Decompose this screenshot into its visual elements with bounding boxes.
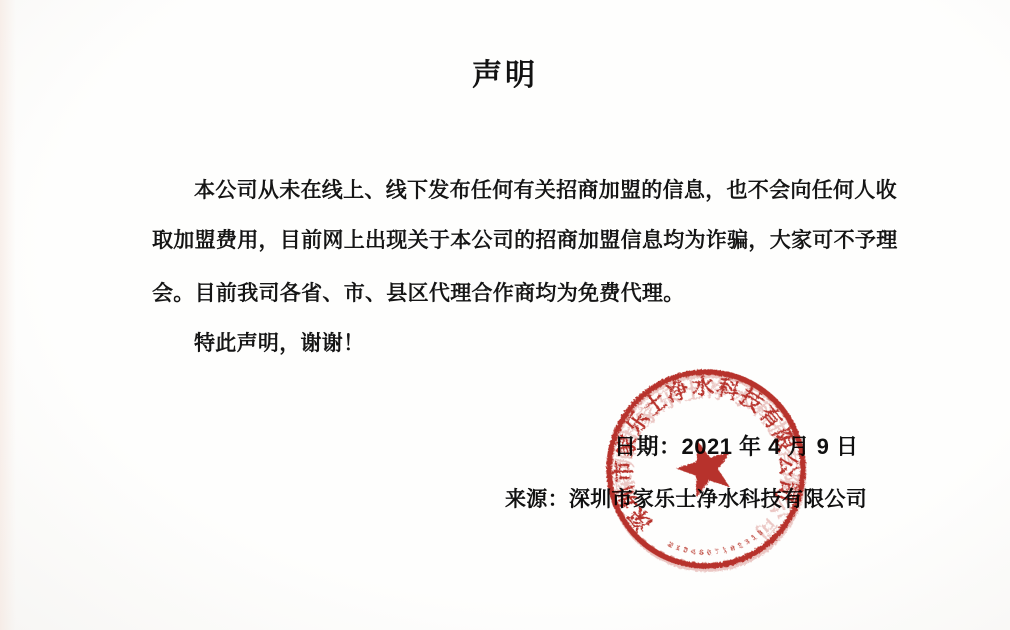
statement-document: 声明 本公司从未在线上、线下发布任何有关招商加盟的信息，也不会向任何人收 取加盟… xyxy=(0,0,1010,630)
source-line: 来源：深圳市家乐士净水科技有限公司 xyxy=(505,483,867,513)
date-line: 日期：2021 年 4 月 9 日 xyxy=(614,430,858,461)
body-line-4: 特此声明，谢谢！ xyxy=(194,327,364,357)
seal-serial-number: 2104607182318 xyxy=(666,521,771,565)
document-title: 声明 xyxy=(0,50,1010,94)
company-seal: 深圳市家乐士净水科技有限公司 深圳市家乐士净水科技有限公司 2104607182… xyxy=(591,354,821,584)
body-line-1: 本公司从未在线上、线下发布任何有关招商加盟的信息，也不会向任何人收 xyxy=(194,174,897,204)
body-line-2: 取加盟费用，目前网上出现关于本公司的招商加盟信息均为诈骗，大家可不予理 xyxy=(152,224,898,254)
seal-border-inner xyxy=(596,359,816,579)
seal-ghost-strike: 深圳市家乐士净水科技有限公司 xyxy=(591,354,821,584)
seal-border xyxy=(592,355,819,582)
body-line-3: 会。目前我司各省、市、县区代理合作商均为免费代理。 xyxy=(152,277,685,307)
